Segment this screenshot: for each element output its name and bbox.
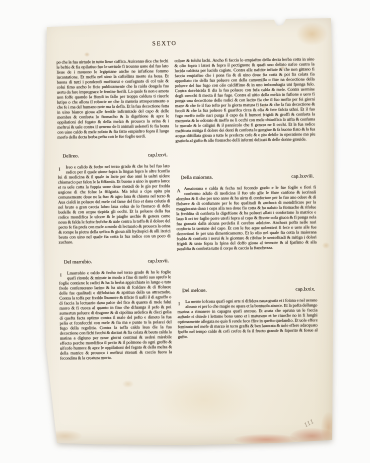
chapter-title: Delireo. [63, 154, 79, 159]
paragraph-body: La mente lofcona quafi ogni arte ri difi… [177, 297, 317, 339]
chapter-heading: Del marrubio. cap.lxxvii. [64, 259, 169, 265]
chapter-number: cap.lxxix. [296, 287, 316, 292]
chapter-number: cap.lxxvi. [148, 153, 168, 158]
book-page: SEXTO po che la fua uirtude in tutto lie… [38, 16, 336, 446]
paragraph-continuation-right: colore & folchi lachi. Ancho fi faccia l… [174, 56, 315, 171]
chapter-title: Del marrubio. [64, 260, 92, 265]
paragraph-body: Amaiorana e calda & fecha nel fecondo gr… [176, 184, 317, 251]
chapter-number: cap.lxxvii. [148, 259, 169, 264]
chapter-heading: Del melone. cap.lxxix. [182, 287, 315, 294]
chapter-number: cap.lxxviii. [291, 174, 314, 179]
chapter-title: Della maiorana. [181, 175, 213, 180]
text-column-left: po che la fua uirtude in tutto lieue caf… [56, 58, 172, 367]
paragraph-continuation-left: po che la fua uirtude in tutto lieue caf… [56, 58, 169, 149]
chapter-title: Del melone. [182, 289, 206, 294]
printed-text-block: SEXTO po che la fua uirtude in tutto lie… [36, 14, 339, 448]
book-leaf-photo: SEXTO po che la fua uirtude in tutto lie… [38, 16, 336, 446]
guide-initial: A [176, 186, 184, 196]
paragraph-body: Lmarrobio e caldo & fecho nel terzo grad… [59, 269, 172, 360]
paragraph-chapter-lxxix: ILa mente lofcona quafi ogni arte ri dif… [177, 297, 318, 358]
chapter-heading: Della maiorana. cap.lxxviii. [181, 174, 314, 181]
text-column-right: colore & folchi lachi. Ancho fi faccia l… [174, 56, 318, 358]
chapter-heading: Delireo. cap.lxxvi. [63, 153, 168, 159]
running-head: SEXTO [152, 41, 212, 48]
guide-initial: I [177, 299, 185, 309]
paragraph-chapter-lxxvi: IIreo e calido & fecho nel terzo grado &… [58, 163, 171, 256]
guide-initial: I [59, 270, 67, 280]
paragraph-chapter-lxxviii: AAmaiorana e calda & fecha nel fecondo g… [176, 184, 317, 285]
paragraph-body: Ireo e calido & fecho nel terzo grado & … [58, 163, 171, 244]
guide-initial: I [58, 164, 66, 174]
paragraph-chapter-lxxvii: ILmarrobio e caldo & fecho nel terzo gra… [59, 269, 172, 367]
